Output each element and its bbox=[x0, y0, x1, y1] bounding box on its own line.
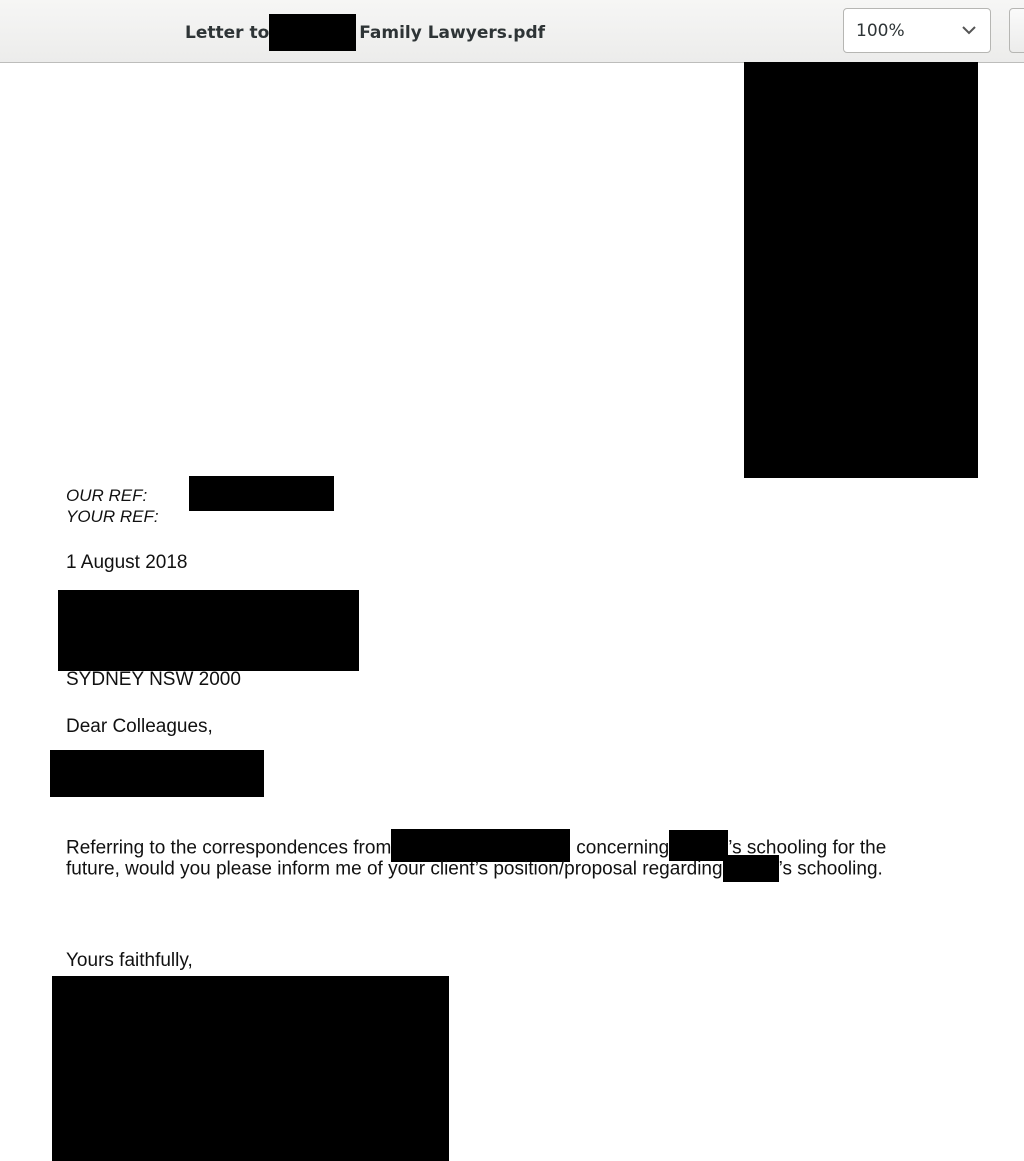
closing: Yours faithfully, bbox=[66, 950, 193, 972]
body-line-2: future, would you please inform me of yo… bbox=[66, 856, 883, 883]
your-ref-label: YOUR REF: bbox=[66, 507, 159, 527]
zoom-level-value: 100% bbox=[856, 21, 905, 41]
redaction-block bbox=[744, 62, 978, 478]
our-ref-label: OUR REF: bbox=[66, 486, 147, 506]
redaction-block bbox=[723, 855, 779, 882]
redaction-block bbox=[50, 750, 264, 797]
zoom-level-select[interactable]: 100% bbox=[843, 8, 991, 53]
document-title: Letter to Family Lawyers.pdf bbox=[185, 20, 545, 46]
redaction-block bbox=[52, 976, 449, 1161]
salutation: Dear Colleagues, bbox=[66, 716, 213, 738]
title-prefix: Letter to bbox=[185, 23, 269, 43]
toolbar-button[interactable] bbox=[1009, 8, 1024, 53]
redaction-block bbox=[269, 14, 356, 51]
chevron-down-icon bbox=[962, 23, 976, 37]
address-city: SYDNEY NSW 2000 bbox=[66, 669, 241, 691]
toolbar: Letter to Family Lawyers.pdf 100% bbox=[0, 0, 1024, 63]
redaction-block bbox=[189, 476, 334, 511]
title-suffix: Family Lawyers.pdf bbox=[359, 23, 545, 43]
body-text: future, would you please inform me of yo… bbox=[66, 859, 723, 880]
body-text: ’s schooling. bbox=[779, 859, 883, 880]
redaction-block bbox=[58, 590, 359, 671]
letter-date: 1 August 2018 bbox=[66, 552, 188, 574]
